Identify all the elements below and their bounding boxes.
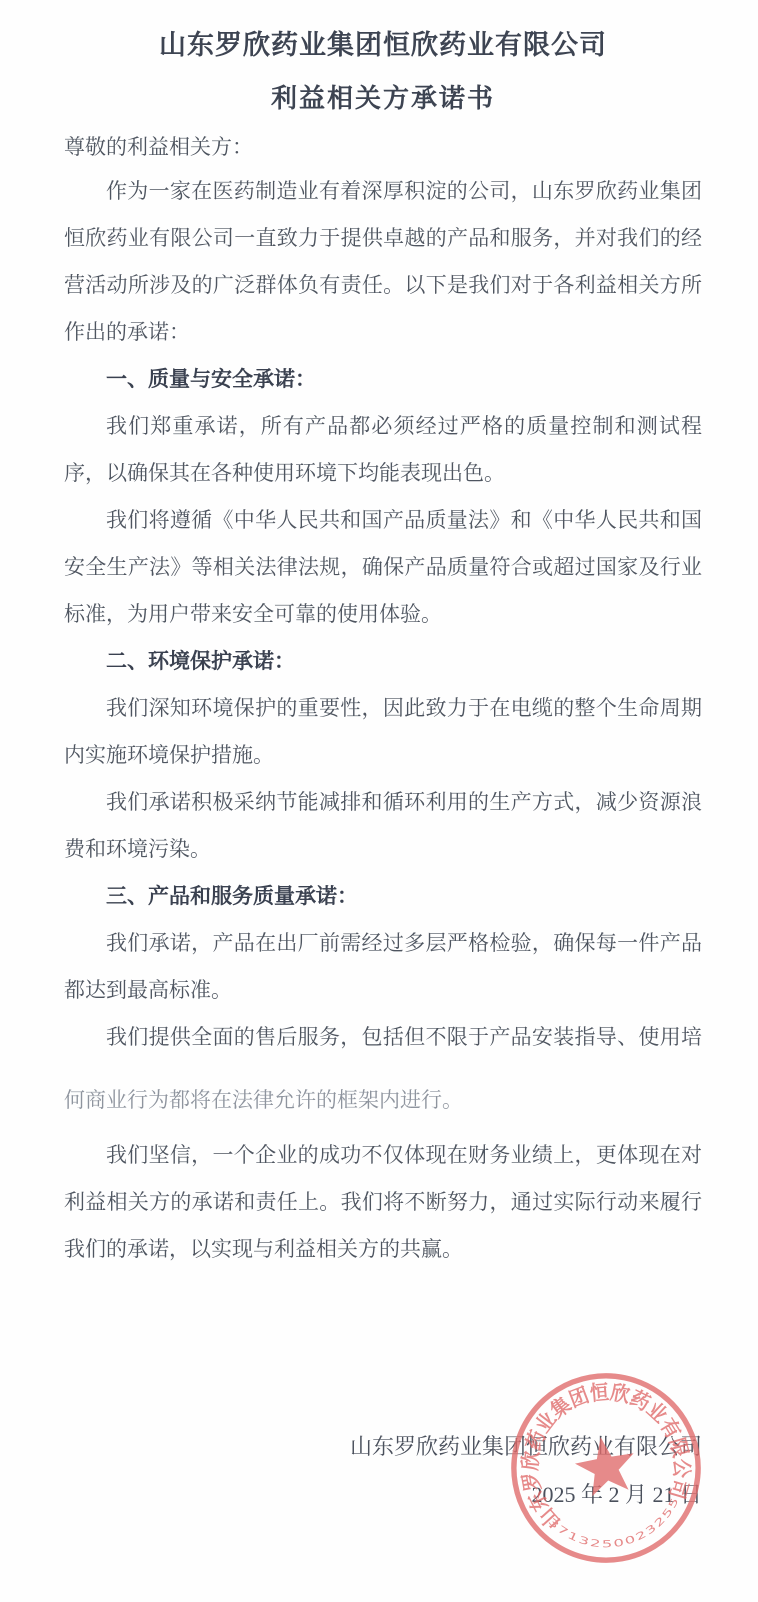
section-1-paragraph-1: 我们郑重承诺，所有产品都必须经过严格的质量控制和测试程序，以确保其在各种使用环境… xyxy=(64,403,702,497)
signature-date: 2025 年 2 月 21 日 xyxy=(64,1471,702,1519)
page2-continuation-fragment: 何商业行为都将在法律允许的框架内进行。 xyxy=(64,1077,702,1124)
section-2-paragraph-1: 我们深知环境保护的重要性，因此致力于在电缆的整个生命周期内实施环境保护措施。 xyxy=(64,685,702,779)
section-3-heading: 三、产品和服务质量承诺： xyxy=(64,873,702,920)
section-3-paragraph-1: 我们承诺，产品在出厂前需经过多层严格检验，确保每一件产品都达到最高标准。 xyxy=(64,920,702,1014)
section-1-heading: 一、质量与安全承诺： xyxy=(64,356,702,403)
section-2-heading: 二、环境保护承诺： xyxy=(64,638,702,685)
company-title: 山东罗欣药业集团恒欣药业有限公司 xyxy=(64,18,702,72)
closing-paragraph: 我们坚信，一个企业的成功不仅体现在财务业绩上，更体现在对利益相关方的承诺和责任上… xyxy=(64,1132,702,1273)
section-2-paragraph-2: 我们承诺积极采纳节能减排和循环利用的生产方式，减少资源浪费和环境污染。 xyxy=(64,779,702,873)
document-page: 山东罗欣药业集团恒欣药业有限公司 利益相关方承诺书 尊敬的利益相关方： 作为一家… xyxy=(0,0,758,1602)
signature-company: 山东罗欣药业集团恒欣药业有限公司 xyxy=(64,1423,702,1471)
intro-paragraph: 作为一家在医药制造业有着深厚积淀的公司，山东罗欣药业集团恒欣药业有限公司一直致力… xyxy=(64,168,702,356)
signature-block: 山东罗欣药业集团恒欣药业有限公司 2025 年 2 月 21 日 xyxy=(64,1423,702,1519)
section-1-paragraph-2: 我们将遵循《中华人民共和国产品质量法》和《中华人民共和国安全生产法》等相关法律法… xyxy=(64,497,702,638)
salutation: 尊敬的利益相关方： xyxy=(64,126,702,168)
section-3-paragraph-2-truncated: 我们提供全面的售后服务，包括但不限于产品安装指导、使用培 xyxy=(64,1014,702,1061)
document-title: 利益相关方承诺书 xyxy=(64,72,702,126)
